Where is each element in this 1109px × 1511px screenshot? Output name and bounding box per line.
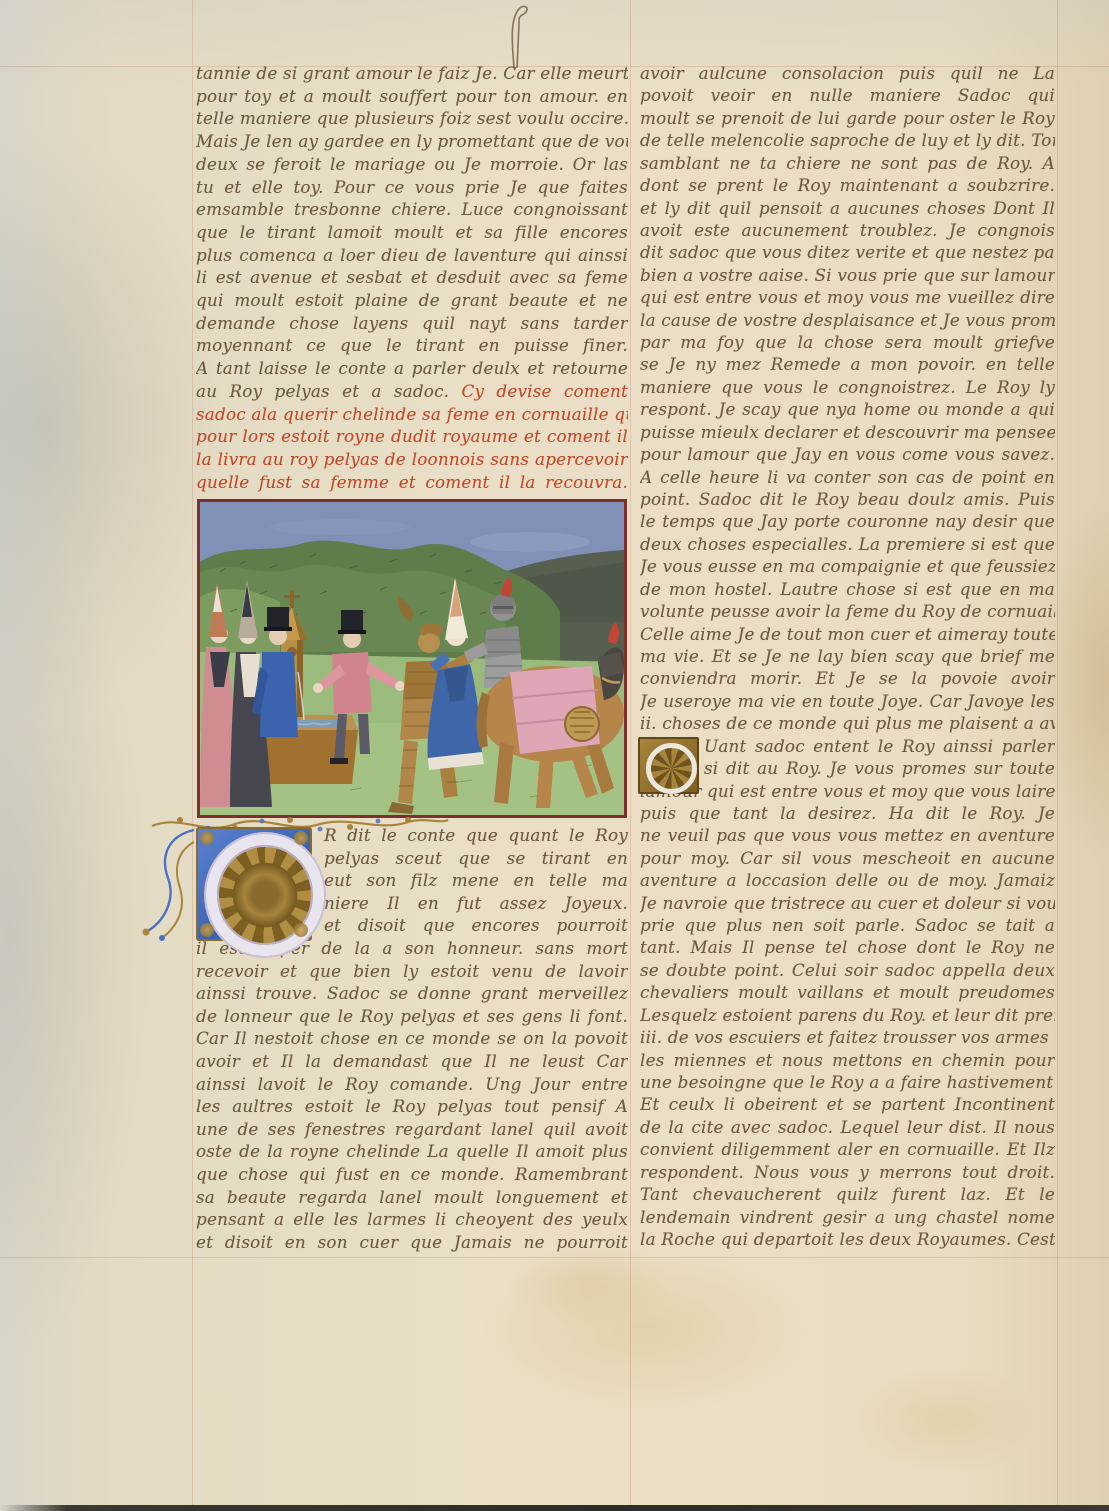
body-text: ne veuil pas que vous vous mettez en ave… (640, 825, 1055, 845)
right-column-text: avoir aulcune consolacion puis quil ne L… (640, 62, 1055, 1254)
body-text: Car Il nestoit chose en ce monde se on l… (196, 1028, 628, 1048)
text-line: une besoingne que le Roy a a faire hasti… (640, 1071, 1055, 1093)
text-line: pensant a elle les larmes li cheoyent de… (196, 1208, 628, 1231)
body-text: de telle melencolie saproche de luy et l… (640, 130, 1055, 150)
ascender-flourish (492, 2, 552, 68)
text-line: sadoc ala querir chelinde sa feme en cor… (196, 403, 628, 426)
body-text: ma vie. Et se Je ne lay bien scay que br… (640, 646, 1055, 666)
body-text: par ma foy que la chose sera moult grief… (640, 332, 1055, 352)
ruling-line (630, 0, 631, 1511)
body-text: samblant ne ta chiere ne sont pas de Roy… (640, 153, 1055, 173)
text-line: une de ses fenestres regardant lanel qui… (196, 1118, 628, 1141)
body-text: moyennant ce que le tirant en puisse fin… (196, 335, 628, 355)
text-line: ainssi trouve. Sadoc se donne grant merv… (196, 982, 628, 1005)
text-line: respont. Je scay que nya home ou monde a… (640, 398, 1055, 420)
text-line: tu et elle toy. Pour ce vous prie Je que… (196, 176, 628, 199)
text-line: que chose qui fust en ce monde. Ramembra… (196, 1163, 628, 1186)
text-line: les miennes et nous mettons en chemin po… (640, 1049, 1055, 1071)
body-text: pour toy et a moult souffert pour ton am… (196, 86, 628, 106)
body-text: dont se prent le Roy maintenant a soubzr… (640, 175, 1055, 195)
text-line: telle maniere que plusieurs foiz sest vo… (196, 107, 628, 130)
body-text: bien a vostre aaise. Si vous prie que su… (640, 265, 1055, 285)
body-text: que le tirant lamoit moult et sa fille e… (196, 222, 628, 242)
body-text: pour lamour que Jay en vous come vous sa… (640, 444, 1055, 464)
initial-flourish (138, 822, 196, 952)
body-text: oste de la royne chelinde La quelle Il a… (196, 1141, 628, 1161)
body-text: Celle aime Je de tout mon cuer et aimera… (640, 624, 1055, 644)
body-text: puis que tant la desirez. Ha dit le Roy.… (640, 803, 1055, 823)
body-text: chevaliers moult vaillans et moult preud… (640, 982, 1055, 1002)
illuminated-initial-O (196, 827, 312, 941)
body-text: convient diligemment aler en cornuaille.… (640, 1139, 1055, 1159)
text-line: qui est entre vous et moy vous me vueill… (640, 286, 1055, 308)
body-text: Mais Je len ay gardee en ly promettant q… (196, 131, 628, 151)
text-line: moult se prenoit de lui garde pour oster… (640, 107, 1055, 129)
text-line: Je navroie que tristrece au cuer et dole… (640, 892, 1055, 914)
body-text: avoit este aucunement troublez. Je congn… (640, 220, 1055, 240)
body-text: A celle heure li va conter son cas de po… (640, 467, 1055, 487)
text-line: puisse mieulx declarer et descouvrir ma … (640, 421, 1055, 443)
text-line: le temps que Jay porte couronne nay desi… (640, 510, 1055, 532)
text-line: se doubte point. Celui soir sadoc appell… (640, 959, 1055, 981)
text-line: la cause de vostre desplaisance et Je vo… (640, 309, 1055, 331)
text-line: prie que plus nen soit parle. Sadoc se t… (640, 914, 1055, 936)
text-line: demande chose layens quil nayt sans tard… (196, 312, 628, 335)
body-text: plus comenca a loer dieu de laventure qu… (196, 245, 628, 265)
body-text: avoir et Il la demandast que Il ne leust… (196, 1051, 628, 1071)
initial-letter-ring (646, 743, 697, 794)
body-text: Tant chevaucherent quilz furent laz. Et … (640, 1184, 1055, 1204)
text-line: Mais Je len ay gardee en ly promettant q… (196, 130, 628, 153)
text-line: recevoir et que bien ly estoit venu de l… (196, 960, 628, 983)
body-text: tannie de si grant amour le faiz Je. Car… (196, 63, 628, 83)
body-text: recevoir et que bien ly estoit venu de l… (196, 961, 628, 981)
body-text: le temps que Jay porte couronne nay desi… (640, 511, 1055, 531)
text-line: point. Sadoc dit le Roy beau doulz amis.… (640, 488, 1055, 510)
body-text: tant. Mais Il pense tel chose dont le Ro… (640, 937, 1055, 957)
ruling-line (192, 0, 193, 1511)
body-text: ii. choses de ce monde qui plus me plais… (640, 713, 1055, 733)
text-line: lamour qui est entre vous et moy que vou… (640, 780, 1055, 802)
text-line: Lesquelz estoient parens du Roy. et leur… (640, 1004, 1055, 1026)
miniature-painting (197, 499, 627, 818)
body-text: respont. Je scay que nya home ou monde a… (640, 399, 1055, 419)
text-line: deux choses especialles. La premiere si … (640, 533, 1055, 555)
text-line: pour moy. Car sil vous mescheoit en aucu… (640, 847, 1055, 869)
text-line: convient diligemment aler en cornuaille.… (640, 1138, 1055, 1160)
text-line: volunte peusse avoir la feme du Roy de c… (640, 600, 1055, 622)
text-line: chevaliers moult vaillans et moult preud… (640, 981, 1055, 1003)
text-line: deux se feroit le mariage ou Je morroie.… (196, 153, 628, 176)
body-text: se Je ny mez Remede a mon povoir. en tel… (640, 354, 1055, 374)
body-text: povoit veoir en nulle maniere Sadoc qui (640, 85, 1055, 105)
text-line: si dit au Roy. Je vous promes sur toute (640, 757, 1055, 779)
body-text: Je navroie que tristrece au cuer et dole… (640, 893, 1055, 913)
body-text: dit sadoc que vous ditez verite et que n… (640, 242, 1055, 262)
text-line: oste de la royne chelinde La quelle Il a… (196, 1140, 628, 1163)
text-line: au Roy pelyas et a sadoc. Cy devise come… (196, 380, 628, 403)
text-line: A tant laisse le conte a parler deulx et… (196, 357, 628, 380)
body-text: une besoingne que le Roy a a faire hasti… (640, 1072, 1055, 1092)
text-line: se Je ny mez Remede a mon povoir. en tel… (640, 353, 1055, 375)
text-line: lendemain vindrent gesir a ung chastel n… (640, 1206, 1055, 1228)
text-line: aventure a loccasion delle ou de moy. Ja… (640, 869, 1055, 891)
page-bottom-edge (0, 1505, 1109, 1511)
text-line: ne veuil pas que vous vous mettez en ave… (640, 824, 1055, 846)
body-text: Uant sadoc entent le Roy ainssi parler (704, 736, 1055, 756)
body-text: li est avenue et sesbat et desduit avec … (196, 267, 628, 287)
text-line: maniere que vous le congnoistrez. Le Roy… (640, 376, 1055, 398)
body-text: de la cite avec sadoc. Lequel leur dist.… (640, 1117, 1055, 1137)
body-text: que chose qui fust en ce monde. Ramembra… (196, 1164, 628, 1184)
body-text: telle maniere que plusieurs foiz sest vo… (196, 108, 628, 128)
left-column-upper-text: tannie de si grant amour le faiz Je. Car… (196, 62, 628, 502)
body-text: prie que plus nen soit parle. Sadoc se t… (640, 915, 1055, 935)
body-text: pour moy. Car sil vous mescheoit en aucu… (640, 848, 1055, 868)
text-line: tant. Mais Il pense tel chose dont le Ro… (640, 936, 1055, 958)
body-text: lendemain vindrent gesir a ung chastel n… (640, 1207, 1055, 1227)
body-text: respondent. Nous vous y merrons tout dro… (640, 1162, 1055, 1182)
text-line: iii. de vos escuiers et faitez trousser … (640, 1026, 1055, 1048)
body-text: Je vous eusse en ma compaignie et que fe… (640, 556, 1055, 576)
body-text: qui moult estoit plaine de grant beaute … (196, 290, 628, 310)
body-text: maniere que vous le congnoistrez. Le Roy… (640, 377, 1055, 397)
body-text: se doubte point. Celui soir sadoc appell… (640, 960, 1055, 980)
text-line: conviendra morir. Et Je se la povoie avo… (640, 667, 1055, 689)
rubric-text: la livra au roy pelyas de loonnois sans … (196, 449, 628, 469)
body-text: A tant laisse le conte a parler deulx et… (196, 358, 628, 378)
text-line: de lonneur que le Roy pelyas et ses gens… (196, 1005, 628, 1028)
body-text: point. Sadoc dit le Roy beau doulz amis.… (640, 489, 1055, 509)
text-line: pour toy et a moult souffert pour ton am… (196, 85, 628, 108)
text-line: pour lors estoit royne dudit royaume et … (196, 425, 628, 448)
text-line: plus comenca a loer dieu de laventure qu… (196, 244, 628, 267)
text-line: les aultres estoit le Roy pelyas tout pe… (196, 1095, 628, 1118)
body-text: la Roche qui departoit les deux Royaumes… (640, 1229, 1055, 1249)
body-text: eut son filz mene en telle ma (324, 870, 628, 890)
text-line: avoit este aucunement troublez. Je congn… (640, 219, 1055, 241)
body-text: sa beaute regarda lanel moult longuement… (196, 1187, 628, 1207)
text-line: Je useroye ma vie en toute Joye. Car Jav… (640, 690, 1055, 712)
body-text: et disoit en son cuer que Jamais ne pour… (196, 1232, 628, 1252)
body-text: et ly dit quil pensoit a aucunes choses … (640, 198, 1055, 218)
ruling-line (1057, 0, 1058, 1511)
body-text: puisse mieulx declarer et descouvrir ma … (640, 422, 1055, 442)
text-line: sa beaute regarda lanel moult longuement… (196, 1186, 628, 1209)
rubric-text: Cy devise coment (461, 381, 628, 401)
body-text: avoir aulcune consolacion puis quil ne L… (640, 63, 1055, 83)
text-line: de telle melencolie saproche de luy et l… (640, 129, 1055, 151)
text-line: dont se prent le Roy maintenant a soubzr… (640, 174, 1055, 196)
body-text: ainssi lavoit le Roy comande. Ung Jour e… (196, 1074, 628, 1094)
body-text: aventure a loccasion delle ou de moy. Ja… (640, 870, 1055, 890)
text-line: et ly dit quil pensoit a aucunes choses … (640, 197, 1055, 219)
text-line: de la cite avec sadoc. Lequel leur dist.… (640, 1116, 1055, 1138)
text-line: avoir aulcune consolacion puis quil ne L… (640, 62, 1055, 84)
text-line: samblant ne ta chiere ne sont pas de Roy… (640, 152, 1055, 174)
body-text: tu et elle toy. Pour ce vous prie Je que… (196, 177, 628, 197)
text-line: la Roche qui departoit les deux Royaumes… (640, 1228, 1055, 1250)
illuminated-initial-Q (638, 737, 699, 794)
body-text: ainssi trouve. Sadoc se donne grant merv… (196, 983, 628, 1003)
body-text: de mon hostel. Lautre chose si est que e… (640, 579, 1055, 599)
text-line: moyennant ce que le tirant en puisse fin… (196, 334, 628, 357)
text-line: et disoit en son cuer que Jamais ne pour… (196, 1231, 628, 1254)
text-line: Car Il nestoit chose en ce monde se on l… (196, 1027, 628, 1050)
body-text: iii. de vos escuiers et faitez trousser … (640, 1027, 1055, 1047)
text-line: que le tirant lamoit moult et sa fille e… (196, 221, 628, 244)
text-line: Celle aime Je de tout mon cuer et aimera… (640, 623, 1055, 645)
text-line: quelle fust sa femme et coment il la rec… (196, 471, 628, 494)
text-line: ainssi lavoit le Roy comande. Ung Jour e… (196, 1073, 628, 1096)
body-text: une de ses fenestres regardant lanel qui… (196, 1119, 628, 1139)
body-text: niere Il en fut assez Joyeux. (324, 893, 628, 913)
text-line: Uant sadoc entent le Roy ainssi parler (640, 735, 1055, 757)
body-text: lamour qui est entre vous et moy que vou… (640, 781, 1055, 801)
text-line: par ma foy que la chose sera moult grief… (640, 331, 1055, 353)
ruling-line (0, 1257, 1109, 1258)
rubric-text: pour lors estoit royne dudit royaume et … (196, 426, 628, 446)
text-line: ii. choses de ce monde qui plus me plais… (640, 712, 1055, 734)
text-line: Et ceulx li obeirent et se partent Incon… (640, 1093, 1055, 1115)
text-line: A celle heure li va conter son cas de po… (640, 466, 1055, 488)
text-line: qui moult estoit plaine de grant beaute … (196, 289, 628, 312)
body-text: les aultres estoit le Roy pelyas tout pe… (196, 1096, 628, 1116)
text-line: emsamble tresbonne chiere. Luce congnois… (196, 198, 628, 221)
body-text: volunte peusse avoir la feme du Roy de c… (640, 601, 1055, 621)
text-line: respondent. Nous vous y merrons tout dro… (640, 1161, 1055, 1183)
body-text: de lonneur que le Roy pelyas et ses gens… (196, 1006, 628, 1026)
text-line: dit sadoc que vous ditez verite et que n… (640, 241, 1055, 263)
body-text: les miennes et nous mettons en chemin po… (640, 1050, 1055, 1070)
text-line: la livra au roy pelyas de loonnois sans … (196, 448, 628, 471)
body-text: deux choses especialles. La premiere si … (640, 534, 1055, 554)
body-text: demande chose layens quil nayt sans tard… (196, 313, 628, 333)
body-text: si dit au Roy. Je vous promes sur toute (704, 758, 1055, 778)
initial-letter-ring (206, 834, 324, 956)
body-text: Je useroye ma vie en toute Joye. Car Jav… (640, 691, 1055, 711)
text-line: povoit veoir en nulle maniere Sadoc qui (640, 84, 1055, 106)
text-line: avoir et Il la demandast que Il ne leust… (196, 1050, 628, 1073)
rubric-text: quelle fust sa femme et coment il la rec… (196, 472, 628, 492)
body-text: Et ceulx li obeirent et se partent Incon… (640, 1094, 1055, 1114)
rubric-text: sadoc ala querir chelinde sa feme en cor… (196, 404, 628, 424)
body-text: Lesquelz estoient parens du Roy. et leur… (640, 1005, 1055, 1025)
body-text: au Roy pelyas et a sadoc. (196, 381, 461, 401)
text-line: tannie de si grant amour le faiz Je. Car… (196, 62, 628, 85)
text-line: Tant chevaucherent quilz furent laz. Et … (640, 1183, 1055, 1205)
body-text: emsamble tresbonne chiere. Luce congnois… (196, 199, 628, 219)
text-line: puis que tant la desirez. Ha dit le Roy.… (640, 802, 1055, 824)
body-text: pelyas sceut que se tirant en (324, 848, 628, 868)
body-text: qui est entre vous et moy vous me vueill… (640, 287, 1055, 307)
text-line: bien a vostre aaise. Si vous prie que su… (640, 264, 1055, 286)
body-text: deux se feroit le mariage ou Je morroie.… (196, 154, 628, 174)
text-line: Je vous eusse en ma compaignie et que fe… (640, 555, 1055, 577)
manuscript-page: tannie de si grant amour le faiz Je. Car… (0, 0, 1109, 1511)
body-text: moult se prenoit de lui garde pour oster… (640, 108, 1055, 128)
body-text: la cause de vostre desplaisance et Je vo… (640, 310, 1055, 330)
body-text: conviendra morir. Et Je se la povoie avo… (640, 668, 1055, 688)
text-line: de mon hostel. Lautre chose si est que e… (640, 578, 1055, 600)
body-text: et disoit que encores pourroit (324, 915, 628, 935)
text-line: li est avenue et sesbat et desduit avec … (196, 266, 628, 289)
text-line: ma vie. Et se Je ne lay bien scay que br… (640, 645, 1055, 667)
text-line: pour lamour que Jay en vous come vous sa… (640, 443, 1055, 465)
body-text: pensant a elle les larmes li cheoyent de… (196, 1209, 628, 1229)
